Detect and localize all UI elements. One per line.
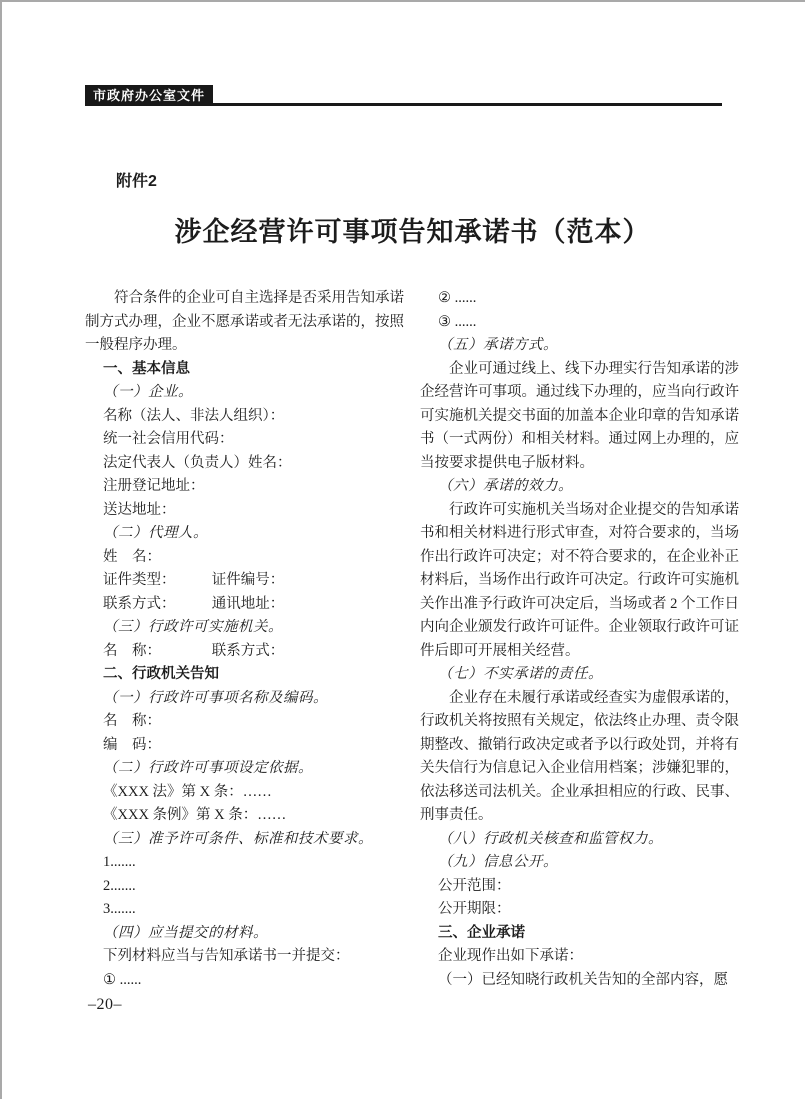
text-line: 《XXX 法》第 X 条：…… bbox=[85, 781, 407, 805]
text-line: 二、行政机关告知 bbox=[85, 663, 407, 687]
text-line: 当按要求提供电子版材料。 bbox=[420, 452, 742, 476]
text-line: 书和相关材料进行形式审查，对符合要求的，当场 bbox=[420, 522, 742, 546]
text-line: （一）行政许可事项名称及编码。 bbox=[85, 687, 407, 711]
text-line: 内向企业颁发行政许可证件。企业领取行政许可证 bbox=[420, 616, 742, 640]
text-line: 证件类型： 证件编号： bbox=[85, 569, 407, 593]
left-column: 符合条件的企业可自主选择是否采用告知承诺制方式办理，企业不愿承诺或者无法承诺的，… bbox=[85, 287, 407, 992]
text-line: 下列材料应当与告知承诺书一并提交： bbox=[85, 945, 407, 969]
text-line: 2....... bbox=[85, 875, 407, 899]
text-line: 企经营许可事项。通过线下办理的，应当向行政许 bbox=[420, 381, 742, 405]
text-line: ① ...... bbox=[85, 969, 407, 993]
text-line: 关失信行为信息记入企业信用档案；涉嫌犯罪的， bbox=[420, 757, 742, 781]
page-number: –20– bbox=[88, 996, 122, 1014]
text-line: 行政机关将按照有关规定，依法终止办理、责令限 bbox=[420, 710, 742, 734]
attachment-label: 附件2 bbox=[116, 168, 157, 191]
text-line: 书（一式两份）和相关材料。通过网上办理的，应 bbox=[420, 428, 742, 452]
text-line: 统一社会信用代码： bbox=[85, 428, 407, 452]
text-line: （六）承诺的效力。 bbox=[420, 475, 742, 499]
text-line: 企业存在未履行承诺或经查实为虚假承诺的， bbox=[420, 687, 742, 711]
text-line: 1....... bbox=[85, 851, 407, 875]
text-line: 期整改、撤销行政决定或者予以行政处罚，并将有 bbox=[420, 734, 742, 758]
text-line: 依法移送司法机关。企业承担相应的行政、民事、 bbox=[420, 781, 742, 805]
text-line: 符合条件的企业可自主选择是否采用告知承诺 bbox=[85, 287, 407, 311]
text-line: 公开期限： bbox=[420, 898, 742, 922]
text-line: 法定代表人（负责人）姓名： bbox=[85, 452, 407, 476]
text-line: 关作出准予行政许可决定后，当场或者 2 个工作日 bbox=[420, 593, 742, 617]
text-line: 制方式办理，企业不愿承诺或者无法承诺的，按照 bbox=[85, 311, 407, 335]
page-top-edge-line bbox=[0, 0, 805, 2]
text-line: （一）已经知晓行政机关告知的全部内容，愿 bbox=[420, 969, 742, 993]
text-line: ② ...... bbox=[420, 287, 742, 311]
text-line: 3....... bbox=[85, 898, 407, 922]
text-line: （八）行政机关核查和监管权力。 bbox=[420, 828, 742, 852]
document-body: 符合条件的企业可自主选择是否采用告知承诺制方式办理，企业不愿承诺或者无法承诺的，… bbox=[85, 287, 742, 992]
text-line: 编 码： bbox=[85, 734, 407, 758]
text-line: （四）应当提交的材料。 bbox=[85, 922, 407, 946]
text-line: （二）代理人。 bbox=[85, 522, 407, 546]
text-line: （七）不实承诺的责任。 bbox=[420, 663, 742, 687]
text-line: 公开范围： bbox=[420, 875, 742, 899]
text-line: 刑事责任。 bbox=[420, 804, 742, 828]
text-line: 作出行政许可决定；对不符合要求的，在企业补正 bbox=[420, 546, 742, 570]
text-line: （九）信息公开。 bbox=[420, 851, 742, 875]
right-column: ② ......③ ......（五）承诺方式。企业可通过线上、线下办理实行告知… bbox=[420, 287, 742, 992]
text-line: 名 称： 联系方式： bbox=[85, 640, 407, 664]
text-line: 注册登记地址： bbox=[85, 475, 407, 499]
text-line: 一般程序办理。 bbox=[85, 334, 407, 358]
document-header-tab: 市政府办公室文件 bbox=[85, 85, 213, 106]
text-line: （二）行政许可事项设定依据。 bbox=[85, 757, 407, 781]
document-title: 涉企经营许可事项告知承诺书（范本） bbox=[85, 210, 740, 249]
text-line: 名 称： bbox=[85, 710, 407, 734]
text-line: 可实施机关提交书面的加盖本企业印章的告知承诺 bbox=[420, 405, 742, 429]
text-line: （一）企业。 bbox=[85, 381, 407, 405]
text-line: （三）准予许可条件、标准和技术要求。 bbox=[85, 828, 407, 852]
text-line: 企业可通过线上、线下办理实行告知承诺的涉 bbox=[420, 358, 742, 382]
text-line: 姓 名： bbox=[85, 546, 407, 570]
page-left-edge-line bbox=[0, 0, 2, 1099]
text-line: 名称（法人、非法人组织）： bbox=[85, 405, 407, 429]
text-line: 材料后，当场作出行政许可决定。行政许可实施机 bbox=[420, 569, 742, 593]
text-line: （五）承诺方式。 bbox=[420, 334, 742, 358]
text-line: 联系方式： 通讯地址： bbox=[85, 593, 407, 617]
text-line: 《XXX 条例》第 X 条：…… bbox=[85, 804, 407, 828]
text-line: 企业现作出如下承诺： bbox=[420, 945, 742, 969]
text-line: （三）行政许可实施机关。 bbox=[85, 616, 407, 640]
text-line: 一、基本信息 bbox=[85, 358, 407, 382]
text-line: 件后即可开展相关经营。 bbox=[420, 640, 742, 664]
text-line: 三、企业承诺 bbox=[420, 922, 742, 946]
text-line: ③ ...... bbox=[420, 311, 742, 335]
text-line: 行政许可实施机关当场对企业提交的告知承诺 bbox=[420, 499, 742, 523]
text-line: 送达地址： bbox=[85, 499, 407, 523]
